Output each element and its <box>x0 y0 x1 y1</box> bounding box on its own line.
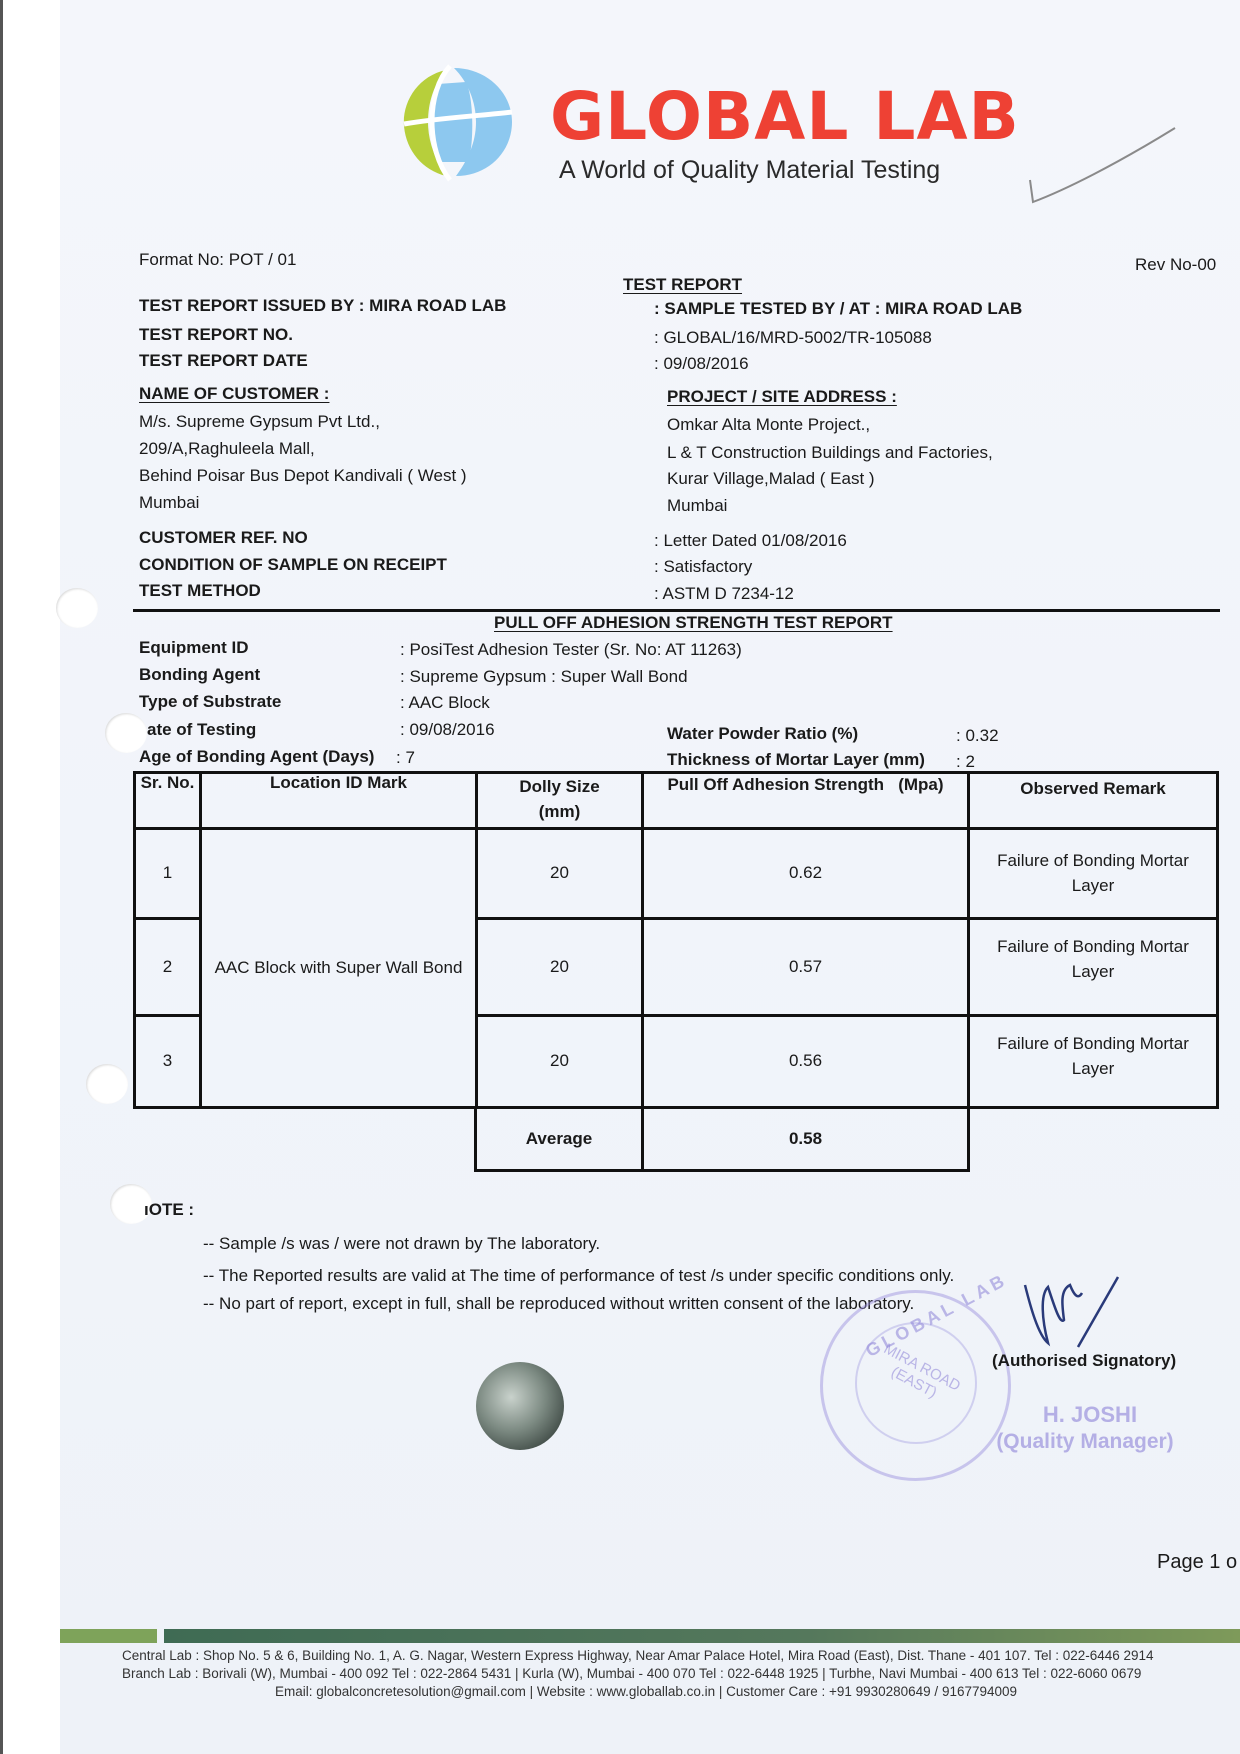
cell-remark: Failure of Bonding Mortar Layer <box>970 920 1216 1000</box>
brand-tagline: A World of Quality Material Testing <box>559 156 940 185</box>
cell-strength: 0.57 <box>644 920 967 1014</box>
condition-label: CONDITION OF SAMPLE ON RECEIPT <box>139 556 447 573</box>
testing-date-label: ate of Testing <box>147 721 256 738</box>
note-item: -- Sample /s was / were not drawn by The… <box>203 1235 600 1252</box>
test-report-heading: TEST REPORT <box>623 276 742 293</box>
note-item: -- The Reported results are valid at The… <box>203 1267 954 1284</box>
customer-ref-value: : Letter Dated 01/08/2016 <box>654 532 847 549</box>
cell-sr-no: 2 <box>136 920 199 1014</box>
equipment-label: Equipment ID <box>139 639 249 656</box>
project-line: L & T Construction Buildings and Factori… <box>667 444 993 461</box>
project-line: Mumbai <box>667 497 727 514</box>
project-line: Kurar Village,Malad ( East ) <box>667 470 875 487</box>
header-sr-no: Sr. No. <box>136 772 199 794</box>
project-line: Omkar Alta Monte Project., <box>667 416 870 433</box>
sample-tested-by: : SAMPLE TESTED BY / AT : MIRA ROAD LAB <box>654 300 1022 317</box>
footer-branch-lab: Branch Lab : Borivali (W), Mumbai - 400 … <box>122 1666 1141 1681</box>
punch-hole <box>86 1064 128 1104</box>
signature-scribble <box>1020 1265 1120 1355</box>
condition-value: : Satisfactory <box>654 558 752 575</box>
age-label: Age of Bonding Agent (Days) <box>139 748 374 765</box>
cell-strength: 0.62 <box>644 830 967 917</box>
cell-dolly-size: 20 <box>478 830 641 917</box>
notes-heading: ıOTE : <box>144 1201 194 1218</box>
cell-remark: Failure of Bonding Mortar Layer <box>970 1017 1216 1097</box>
substrate-label: Type of Substrate <box>139 693 281 710</box>
report-date-label: TEST REPORT DATE <box>139 352 308 369</box>
age-value: : 7 <box>396 749 415 766</box>
cell-sr-no: 1 <box>136 830 199 917</box>
signatory-name: H. JOSHI <box>990 1402 1190 1428</box>
testing-date-value: : 09/08/2016 <box>400 721 495 738</box>
scan-margin <box>0 0 63 1754</box>
customer-heading: NAME OF CUSTOMER : <box>139 385 329 402</box>
header-strength: Pull Off Adhesion Strength (Mpa) <box>644 772 967 798</box>
bonding-agent-value: : Supreme Gypsum : Super Wall Bond <box>400 668 688 685</box>
footer-contact: Email: globalconcretesolution@gmail.com … <box>275 1684 1017 1699</box>
header-remark: Observed Remark <box>970 772 1216 806</box>
test-method-value: : ASTM D 7234-12 <box>654 585 794 602</box>
average-value: 0.58 <box>644 1109 967 1169</box>
customer-ref-label: CUSTOMER REF. NO <box>139 529 308 546</box>
cell-strength: 0.56 <box>644 1017 967 1106</box>
test-section-title: PULL OFF ADHESION STRENGTH TEST REPORT <box>494 614 893 631</box>
test-method-label: TEST METHOD <box>139 582 261 599</box>
equipment-value: : PosiTest Adhesion Tester (Sr. No: AT 1… <box>400 641 742 658</box>
authorised-signatory-label: (Authorised Signatory) <box>992 1352 1176 1369</box>
customer-line: Behind Poisar Bus Depot Kandivali ( West… <box>139 467 467 484</box>
bonding-agent-label: Bonding Agent <box>139 666 260 683</box>
hologram-seal <box>476 1362 564 1450</box>
header-location: Location ID Mark <box>202 772 475 794</box>
project-heading: PROJECT / SITE ADDRESS : <box>667 388 897 405</box>
header-dolly-size: Dolly Size (mm) <box>478 772 641 828</box>
cell-sr-no: 3 <box>136 1017 199 1106</box>
location-id-mark: AAC Block with Super Wall Bond <box>202 830 475 1106</box>
footer-bar-accent <box>60 1629 157 1643</box>
globe-logo-icon <box>398 62 516 182</box>
water-powder-ratio-value: : 0.32 <box>956 727 999 744</box>
customer-line: M/s. Supreme Gypsum Pvt Ltd., <box>139 413 380 430</box>
revision-number: Rev No-00 <box>1135 256 1216 273</box>
substrate-value: : AAC Block <box>400 694 490 711</box>
mortar-thickness-label: Thickness of Mortar Layer (mm) <box>667 751 925 768</box>
punch-hole <box>56 588 98 628</box>
brand-name: GLOBAL LAB <box>550 84 1020 150</box>
cell-dolly-size: 20 <box>478 1017 641 1106</box>
customer-line: 209/A,Raghuleela Mall, <box>139 440 315 457</box>
mortar-thickness-value: : 2 <box>956 753 975 770</box>
signatory-title: (Quality Manager) <box>990 1430 1180 1454</box>
pen-tick-mark <box>1025 120 1185 210</box>
water-powder-ratio-label: Water Powder Ratio (%) <box>667 725 858 742</box>
cell-dolly-size: 20 <box>478 920 641 1014</box>
report-no-label: TEST REPORT NO. <box>139 326 293 343</box>
average-label: Average <box>477 1109 641 1169</box>
cell-remark: Failure of Bonding Mortar Layer <box>970 830 1216 917</box>
issued-by-label: TEST REPORT ISSUED BY : MIRA ROAD LAB <box>139 297 506 314</box>
report-no-value: : GLOBAL/16/MRD-5002/TR-105088 <box>654 329 932 346</box>
report-date-value: : 09/08/2016 <box>654 355 749 372</box>
customer-line: Mumbai <box>139 494 199 511</box>
footer-bar <box>164 1629 1240 1643</box>
footer-central-lab: Central Lab : Shop No. 5 & 6, Building N… <box>122 1648 1154 1663</box>
page-number: Page 1 o <box>1157 1551 1237 1574</box>
note-item: -- No part of report, except in full, sh… <box>203 1295 914 1312</box>
section-divider <box>133 609 1220 612</box>
format-number: Format No: POT / 01 <box>139 251 296 268</box>
